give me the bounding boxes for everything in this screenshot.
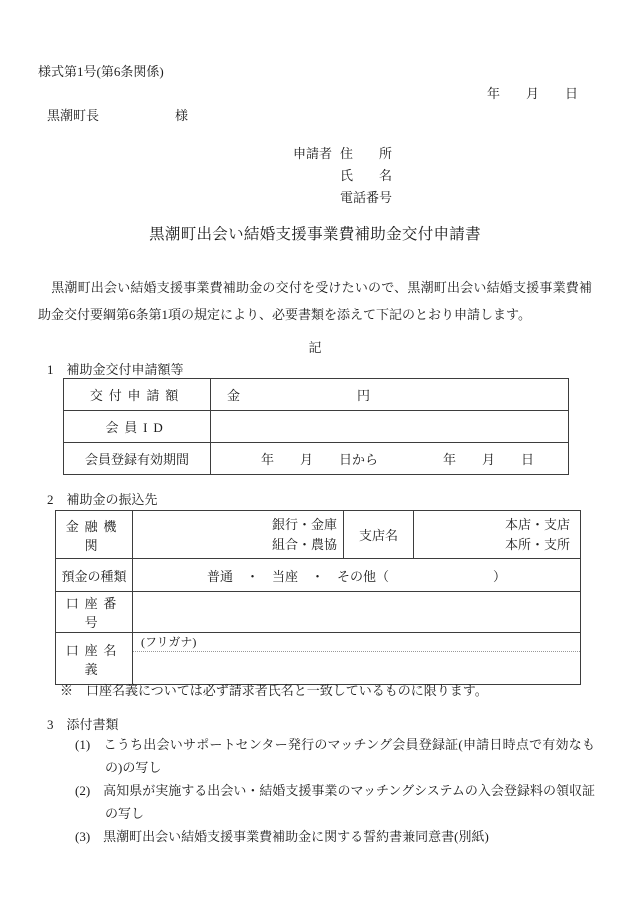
branch-type-line2: 本所・支所 [415, 535, 570, 555]
branch-type-line1: 本店・支店 [415, 515, 570, 535]
body-paragraph: 黒潮町出会い結婚支援事業費補助金の交付を受けたいので、黒潮町出会い結婚支援事業費… [38, 274, 592, 328]
table-row: 預金の種類 普通 ・ 当座 ・ その他（ ） [56, 559, 581, 592]
bank-transfer-table: 金融機関 銀行・金庫 組合・農協 支店名 本店・支店 本所・支所 預金の種類 普… [55, 510, 581, 685]
table-row: 会員ID [64, 411, 569, 443]
account-holder-label: 口座名義 [56, 633, 133, 685]
account-number-label: 口座番号 [56, 592, 133, 633]
branch-name-label: 支店名 [344, 511, 414, 559]
attachment-item-2: (2) 高知県が実施する出会い・結婚支援事業のマッチングシステムの入会登録料の領… [105, 779, 595, 825]
member-id-label: 会員ID [64, 411, 211, 443]
attachment-item-1: (1) こうち出会いサポートセンター発行のマッチング会員登録証(申請日時点で有効… [105, 733, 595, 779]
account-number-cell [133, 592, 581, 633]
table-row: 口座名義 (フリガナ) [56, 633, 581, 685]
attachment-item-3: (3) 黒潮町出会い結婚支援事業費補助金に関する誓約書兼同意書(別紙) [105, 825, 595, 848]
institution-type-line1: 銀行・金庫 [134, 515, 337, 535]
member-id-cell [211, 411, 569, 443]
grant-amount-cell: 金 円 [211, 379, 569, 411]
applicant-label: 申請者 [293, 143, 332, 209]
registration-period-label: 会員登録有効期間 [64, 443, 211, 475]
addressee: 黒潮町長 [47, 108, 99, 123]
branch-type-cell: 本店・支店 本所・支所 [414, 511, 581, 559]
table-row: 会員登録有効期間 年 月 日から 年 月 日 [64, 443, 569, 475]
account-holder-cell: (フリガナ) [133, 633, 581, 685]
applicant-phone-label: 電話番号 [340, 187, 392, 209]
deposit-type-options: 普通 ・ 当座 ・ その他（ ） [133, 559, 581, 592]
table-row: 口座番号 [56, 592, 581, 633]
honorific: 様 [175, 108, 188, 123]
applicant-name-label: 氏 名 [340, 165, 392, 187]
date-line: 年 月 日 [487, 83, 578, 102]
table-row: 交付申請額 金 円 [64, 379, 569, 411]
application-amount-table: 交付申請額 金 円 会員ID 会員登録有効期間 年 月 日から 年 月 日 [63, 378, 569, 475]
section1-heading: 1 補助金交付申請額等 [47, 359, 184, 378]
section3-heading: 3 添付書類 [47, 714, 119, 733]
addressee-line: 黒潮町長様 [47, 105, 188, 124]
section2-heading: 2 補助金の振込先 [47, 489, 158, 508]
applicant-fields: 住 所 氏 名 電話番号 [340, 143, 392, 209]
registration-period-cell: 年 月 日から 年 月 日 [211, 443, 569, 475]
document-title: 黒潮町出会い結婚支援事業費補助金交付申請書 [0, 222, 630, 244]
attachment-list: (1) こうち出会いサポートセンター発行のマッチング会員登録証(申請日時点で有効… [0, 733, 595, 848]
institution-type-line2: 組合・農協 [134, 535, 337, 555]
table-row: 金融機関 銀行・金庫 組合・農協 支店名 本店・支店 本所・支所 [56, 511, 581, 559]
deposit-type-label: 預金の種類 [56, 559, 133, 592]
form-number: 様式第1号(第6条関係) [38, 61, 164, 80]
furigana-label: (フリガナ) [133, 633, 580, 652]
financial-institution-label: 金融機関 [56, 511, 133, 559]
applicant-block: 申請者 住 所 氏 名 電話番号 [293, 143, 392, 209]
application-form-page: 様式第1号(第6条関係) 年 月 日 黒潮町長様 申請者 住 所 氏 名 電話番… [0, 0, 630, 903]
grant-amount-label: 交付申請額 [64, 379, 211, 411]
applicant-address-label: 住 所 [340, 143, 392, 165]
record-marker: 記 [0, 337, 630, 356]
institution-type-cell: 銀行・金庫 組合・農協 [133, 511, 344, 559]
account-name-note: ※ 口座名義については必ず請求者氏名と一致しているものに限ります。 [60, 680, 488, 699]
